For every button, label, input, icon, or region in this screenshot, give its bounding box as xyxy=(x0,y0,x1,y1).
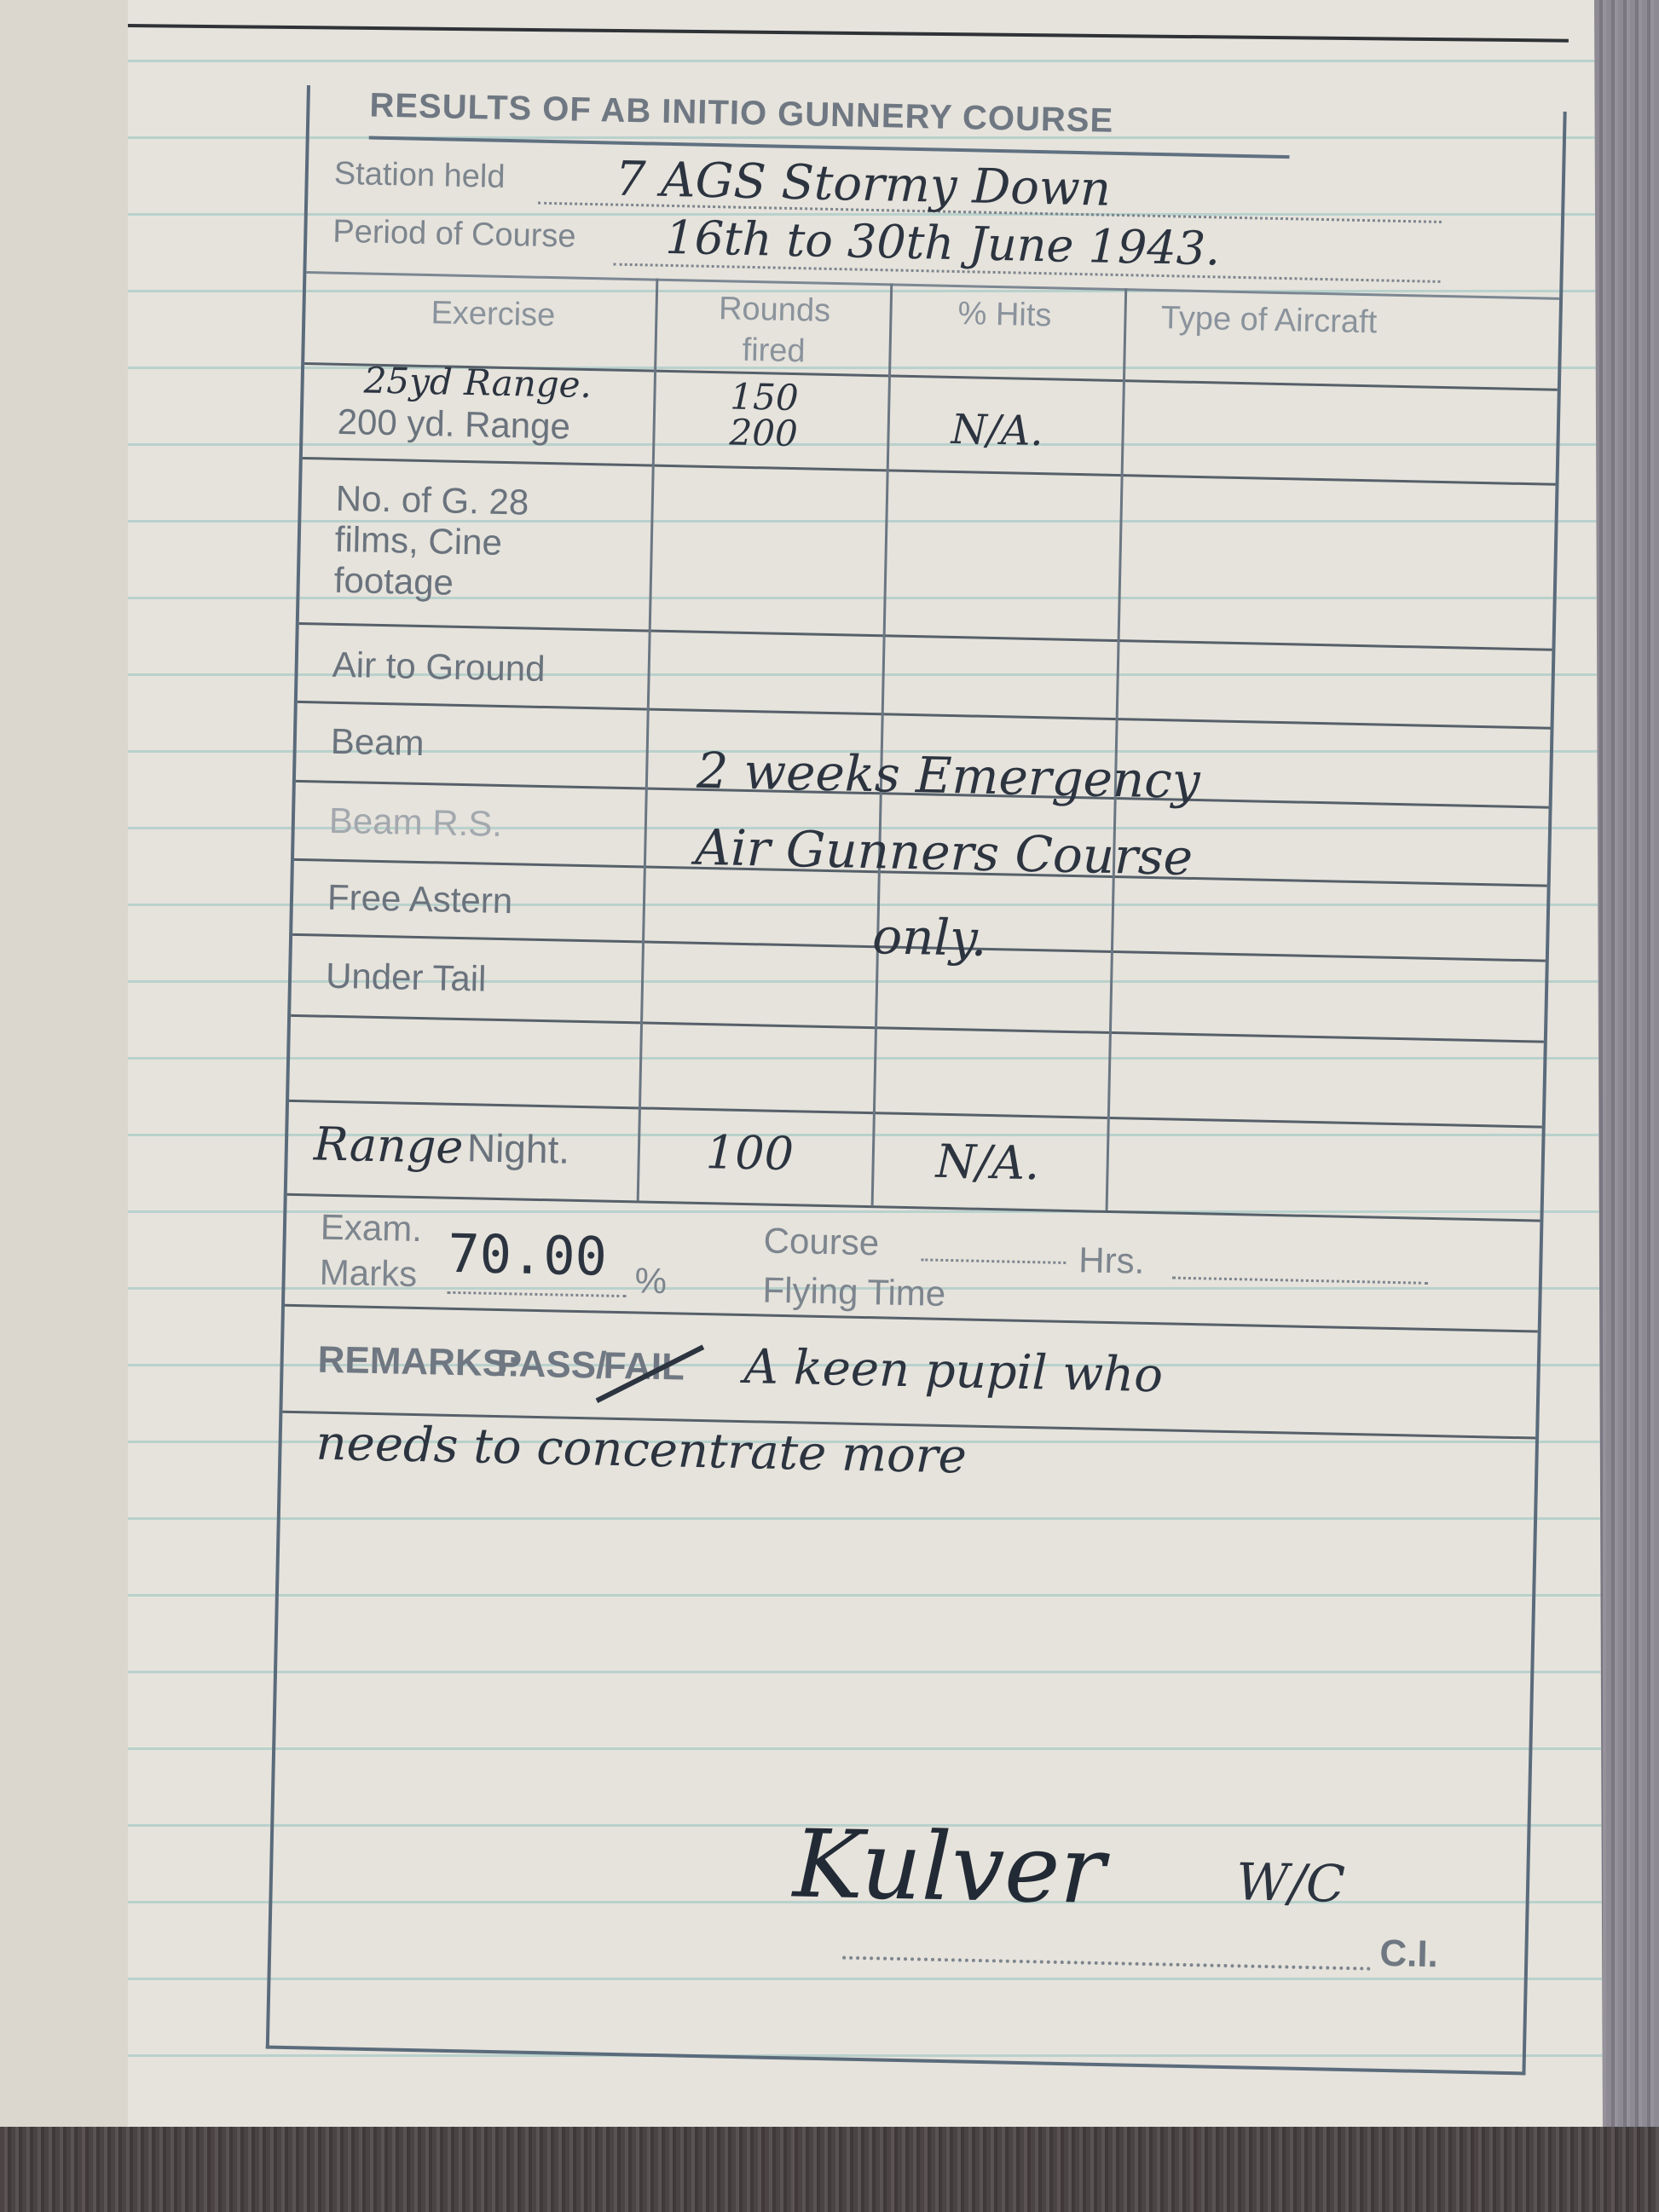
remarks-text-line-2: needs to concentrate more xyxy=(315,1416,968,1485)
period-of-course-label: Period of Course xyxy=(332,214,576,256)
percent-sign: % xyxy=(634,1260,667,1302)
column-header-exercise: Exercise xyxy=(339,291,647,338)
column-header-percent-hits: % Hits xyxy=(919,292,1090,337)
row-label-200yd-range: 200 yd. Range xyxy=(337,401,570,448)
course-label: Course xyxy=(763,1221,879,1264)
marks-label: Marks xyxy=(319,1252,417,1295)
carpet-background-right xyxy=(1594,0,1659,2212)
row-label-g28-films: No. of G. 28 films, Cine footage xyxy=(333,478,592,606)
row-label-free-astern: Free Astern xyxy=(327,877,513,922)
column-header-type-of-aircraft: Type of Aircraft xyxy=(1158,297,1380,343)
remarks-text-line-1: A keen pupil who xyxy=(743,1339,1164,1403)
row-label-beam-rs: Beam R.S. xyxy=(328,800,502,845)
exam-label: Exam. xyxy=(320,1207,422,1250)
rounds-fired-night: 100 xyxy=(705,1125,794,1181)
instructor-signature: Kulver xyxy=(792,1809,1106,1925)
hrs-label: Hrs. xyxy=(1078,1239,1145,1282)
ci-label: C.I. xyxy=(1379,1932,1438,1976)
exam-marks-value: 70.00 xyxy=(448,1222,608,1288)
flying-time-label: Flying Time xyxy=(762,1270,946,1314)
note-line-1: 2 weeks Emergency xyxy=(697,742,1201,810)
row-label-night: Night. xyxy=(466,1127,569,1170)
gunnery-results-form: RESULTS OF AB INITIO GUNNERY COURSE Stat… xyxy=(266,85,1567,2075)
hits-night: N/A. xyxy=(935,1135,1040,1191)
column-header-rounds-fired: Rounds fired xyxy=(688,287,860,373)
form-title: RESULTS OF AB INITIO GUNNERY COURSE xyxy=(369,87,1114,141)
note-line-3: only. xyxy=(872,907,988,967)
page-top-rule xyxy=(128,24,1569,43)
rounds-fired-200yd: 200 xyxy=(729,411,798,454)
hits-range: N/A. xyxy=(951,406,1043,455)
station-held-label: Station held xyxy=(333,156,506,196)
logbook-page: RESULTS OF AB INITIO GUNNERY COURSE Stat… xyxy=(128,0,1603,2129)
station-held-value: 7 AGS Stormy Down xyxy=(615,152,1112,217)
pass-label: PASS/ xyxy=(496,1343,607,1388)
carpet-background-bottom xyxy=(0,2127,1659,2212)
note-line-2: Air Gunners Course xyxy=(695,818,1194,887)
signature-initials: W/C xyxy=(1235,1852,1345,1915)
row-label-under-tail: Under Tail xyxy=(326,956,487,1000)
row-label-beam: Beam xyxy=(330,721,425,764)
facing-page xyxy=(0,0,133,2131)
row-handwritten-exercise: 25yd Range. xyxy=(363,359,592,406)
remarks-label: REMARKS: xyxy=(317,1339,520,1386)
row-handwritten-range: Range xyxy=(313,1117,464,1174)
row-label-air-to-ground: Air to Ground xyxy=(332,644,546,690)
fail-label-struck: FAIL xyxy=(603,1345,685,1389)
